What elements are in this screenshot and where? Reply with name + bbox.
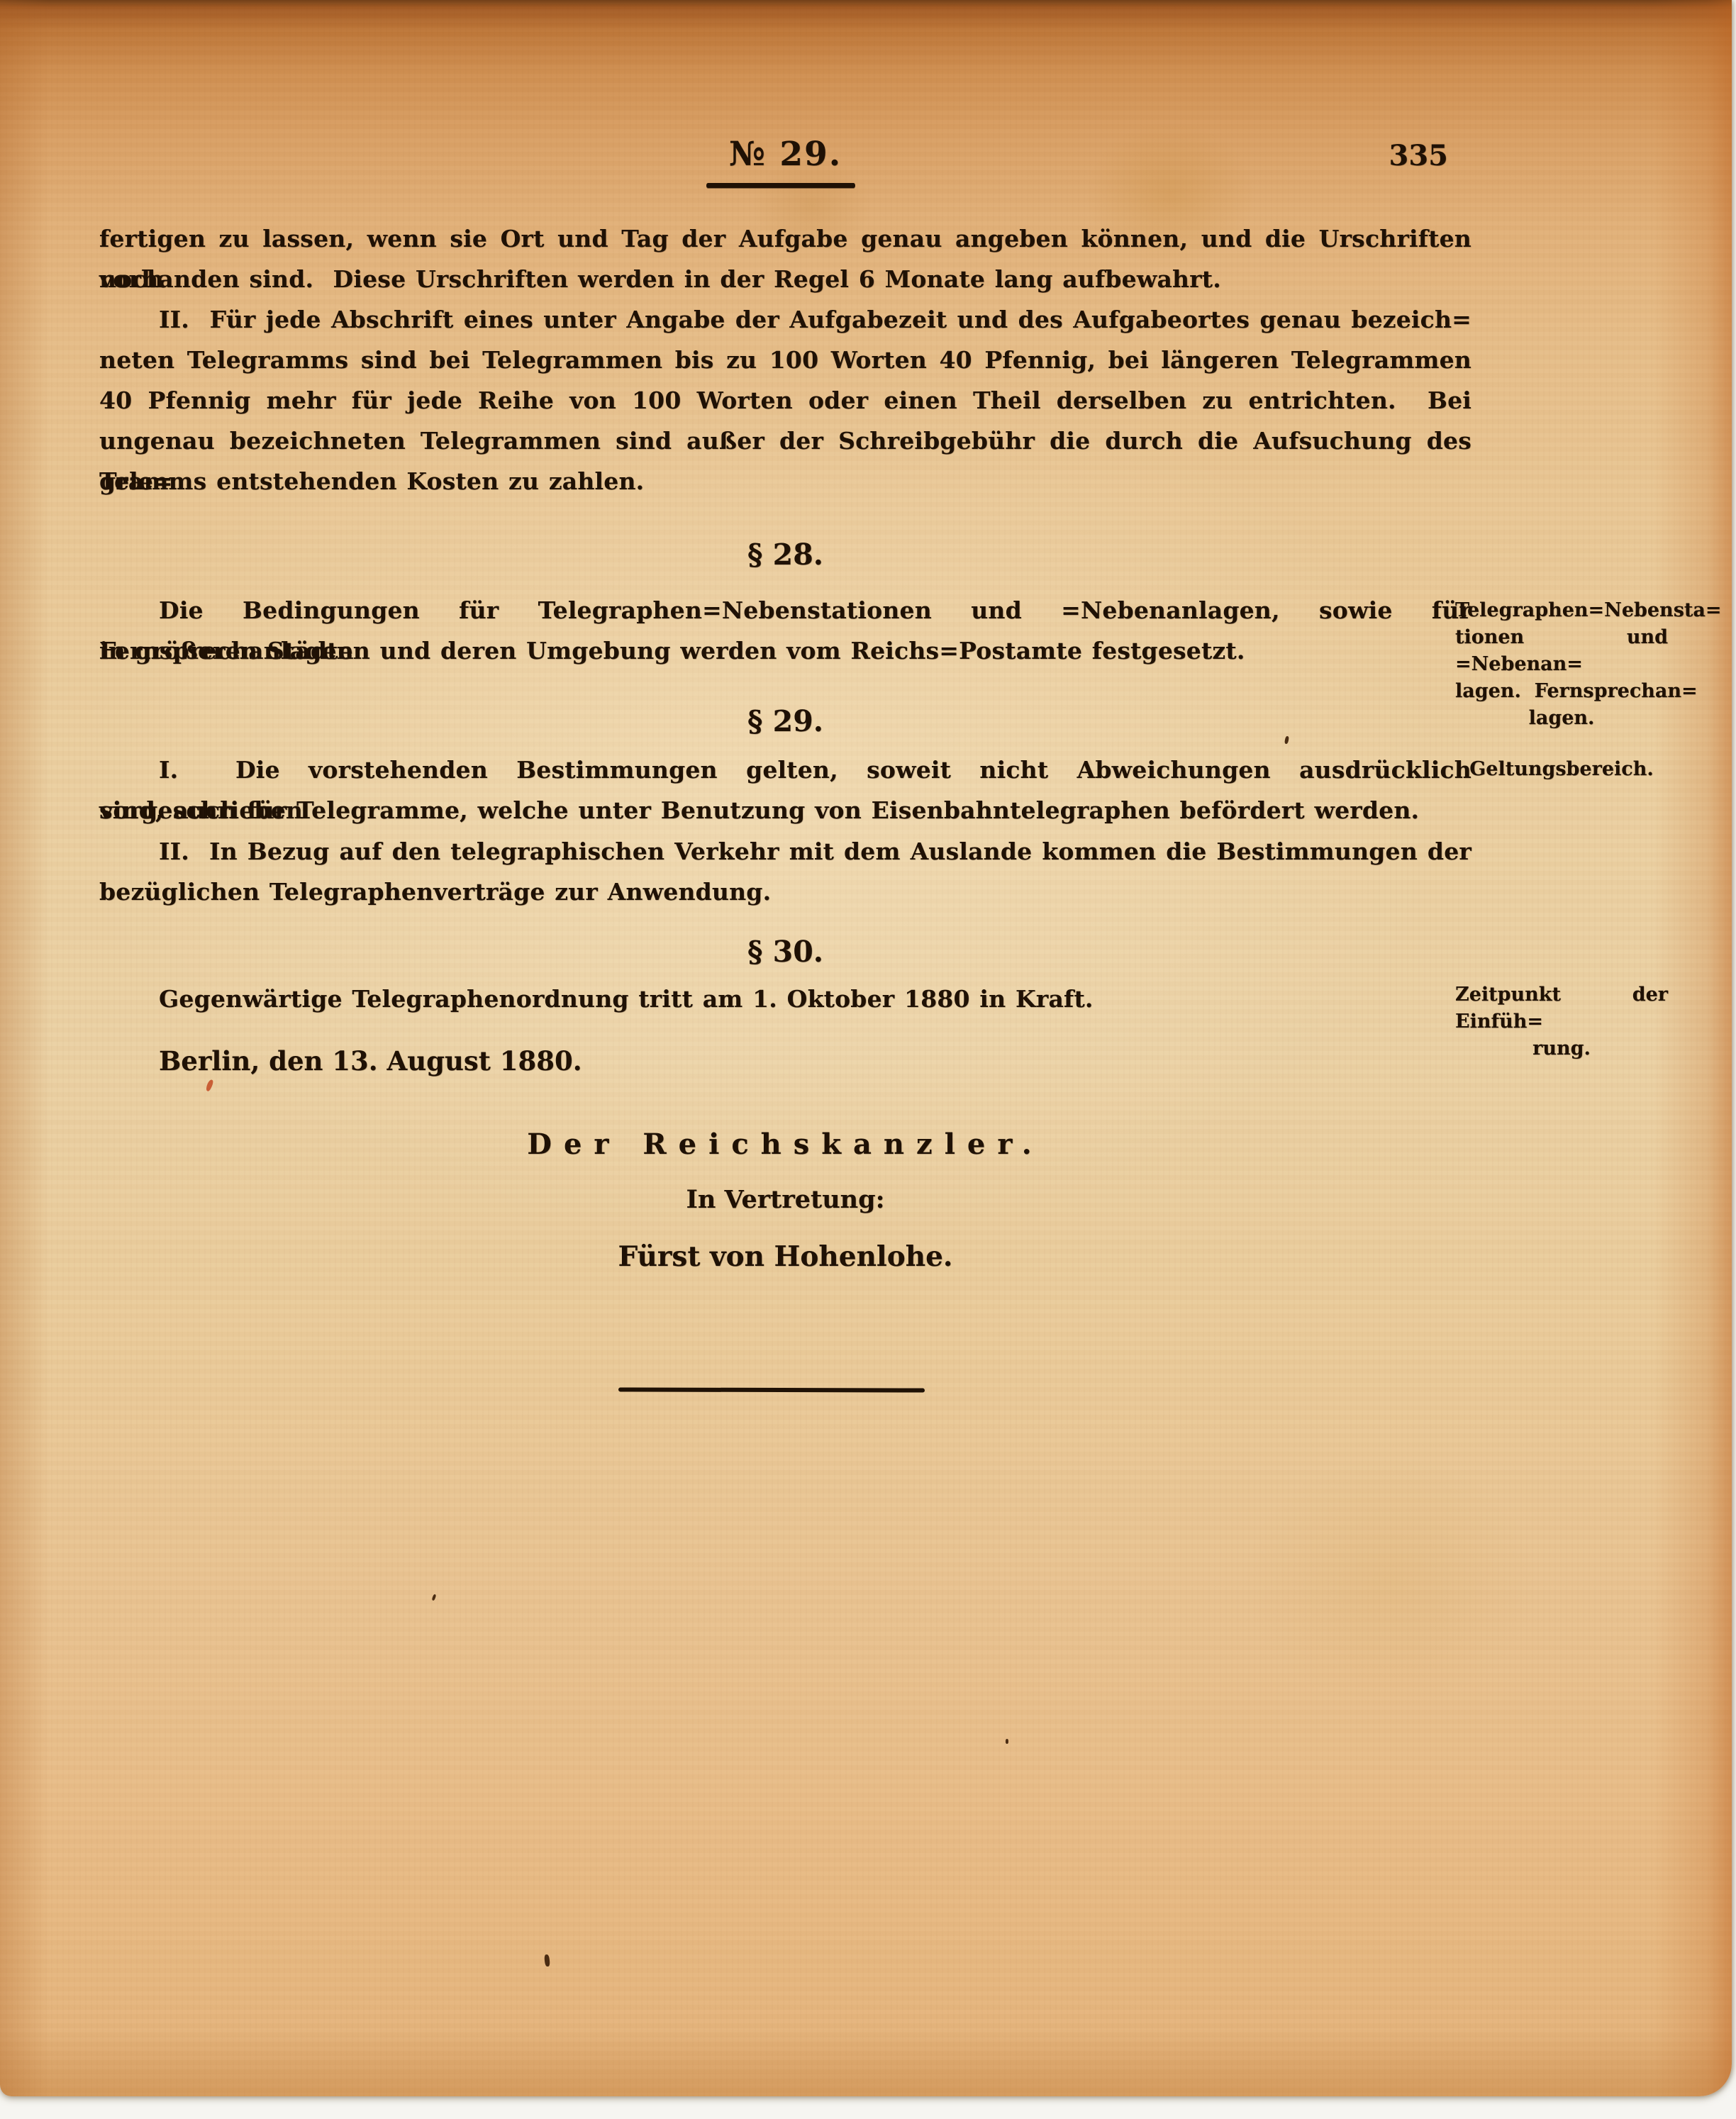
- margin-note-line: lagen.: [1455, 705, 1668, 732]
- paragraph-line: Gegenwärtige Telegraphenordnung tritt am…: [99, 979, 1471, 1019]
- signature-representation: In Vertretung:: [99, 1183, 1471, 1217]
- dateline: Berlin, den 13. August 1880.: [99, 1042, 1531, 1079]
- section-29-paragraph-2: II. In Bezug auf den telegraphischen Ver…: [99, 831, 1471, 912]
- issue-number-heading: № 29.: [99, 135, 1471, 174]
- intro-paragraph-1: fertigen zu lassen, wenn sie Ort und Tag…: [99, 218, 1471, 299]
- section-29-margin-note: Geltungsbereich.: [1455, 756, 1668, 783]
- issue-number-text: № 29.: [729, 135, 842, 174]
- paragraph-line: bezüglichen Telegraphenverträge zur Anwe…: [99, 872, 1471, 912]
- section-28-paragraph: Die Bedingungen für Telegraphen=Nebensta…: [99, 590, 1471, 671]
- paragraph-line: vorhanden sind. Diese Urschriften werden…: [99, 259, 1471, 299]
- margin-note-line: tionen und =Nebenan=: [1455, 624, 1668, 678]
- paragraph-line: neten Telegramms sind bei Telegrammen bi…: [99, 340, 1471, 380]
- paragraph-line: Die Bedingungen für Telegraphen=Nebensta…: [99, 590, 1471, 630]
- paragraph-line: II. In Bezug auf den telegraphischen Ver…: [99, 831, 1471, 872]
- paragraph-line: I. Die vorstehenden Bestimmungen gelten,…: [99, 750, 1471, 790]
- paragraph-line: ungenau bezeichneten Telegrammen sind au…: [99, 421, 1471, 461]
- signature-name: Fürst von Hohenlohe.: [99, 1238, 1471, 1275]
- margin-note-line: Telegraphen=Nebensta=: [1455, 597, 1668, 624]
- issue-underline-rule: [706, 183, 855, 188]
- scanned-document-page: № 29. 335 fertigen zu lassen, wenn sie O…: [0, 0, 1736, 2119]
- section-28-margin-note: Telegraphen=Nebensta= tionen und =Nebena…: [1455, 597, 1668, 732]
- paragraph-line: in größeren Städten und deren Umgebung w…: [99, 630, 1471, 671]
- paragraph-line: II. Für jede Abschrift eines unter Angab…: [99, 299, 1471, 340]
- paragraph-line: 40 Pfennig mehr für jede Reihe von 100 W…: [99, 380, 1471, 421]
- signature-office: Der Reichskanzler.: [99, 1126, 1471, 1163]
- section-29-heading: § 29.: [99, 703, 1471, 740]
- margin-note-line: Geltungsbereich.: [1455, 756, 1668, 783]
- margin-note-line: Zeitpunkt der Einfüh=: [1455, 981, 1668, 1035]
- page-number: 335: [1340, 139, 1448, 172]
- section-30-heading: § 30.: [99, 933, 1471, 970]
- intro-paragraph-2: II. Für jede Abschrift eines unter Angab…: [99, 299, 1471, 501]
- paragraph-line: fertigen zu lassen, wenn sie Ort und Tag…: [99, 218, 1471, 259]
- closing-rule: [618, 1387, 925, 1392]
- paragraph-line: gramms entstehenden Kosten zu zahlen.: [99, 461, 1471, 501]
- section-29-paragraph-1: I. Die vorstehenden Bestimmungen gelten,…: [99, 750, 1471, 830]
- paragraph-line: sind, auch für Telegramme, welche unter …: [99, 790, 1471, 830]
- section-28-heading: § 28.: [99, 536, 1471, 573]
- section-30-paragraph: Gegenwärtige Telegraphenordnung tritt am…: [99, 979, 1471, 1019]
- margin-note-line: lagen. Fernsprechan=: [1455, 678, 1668, 705]
